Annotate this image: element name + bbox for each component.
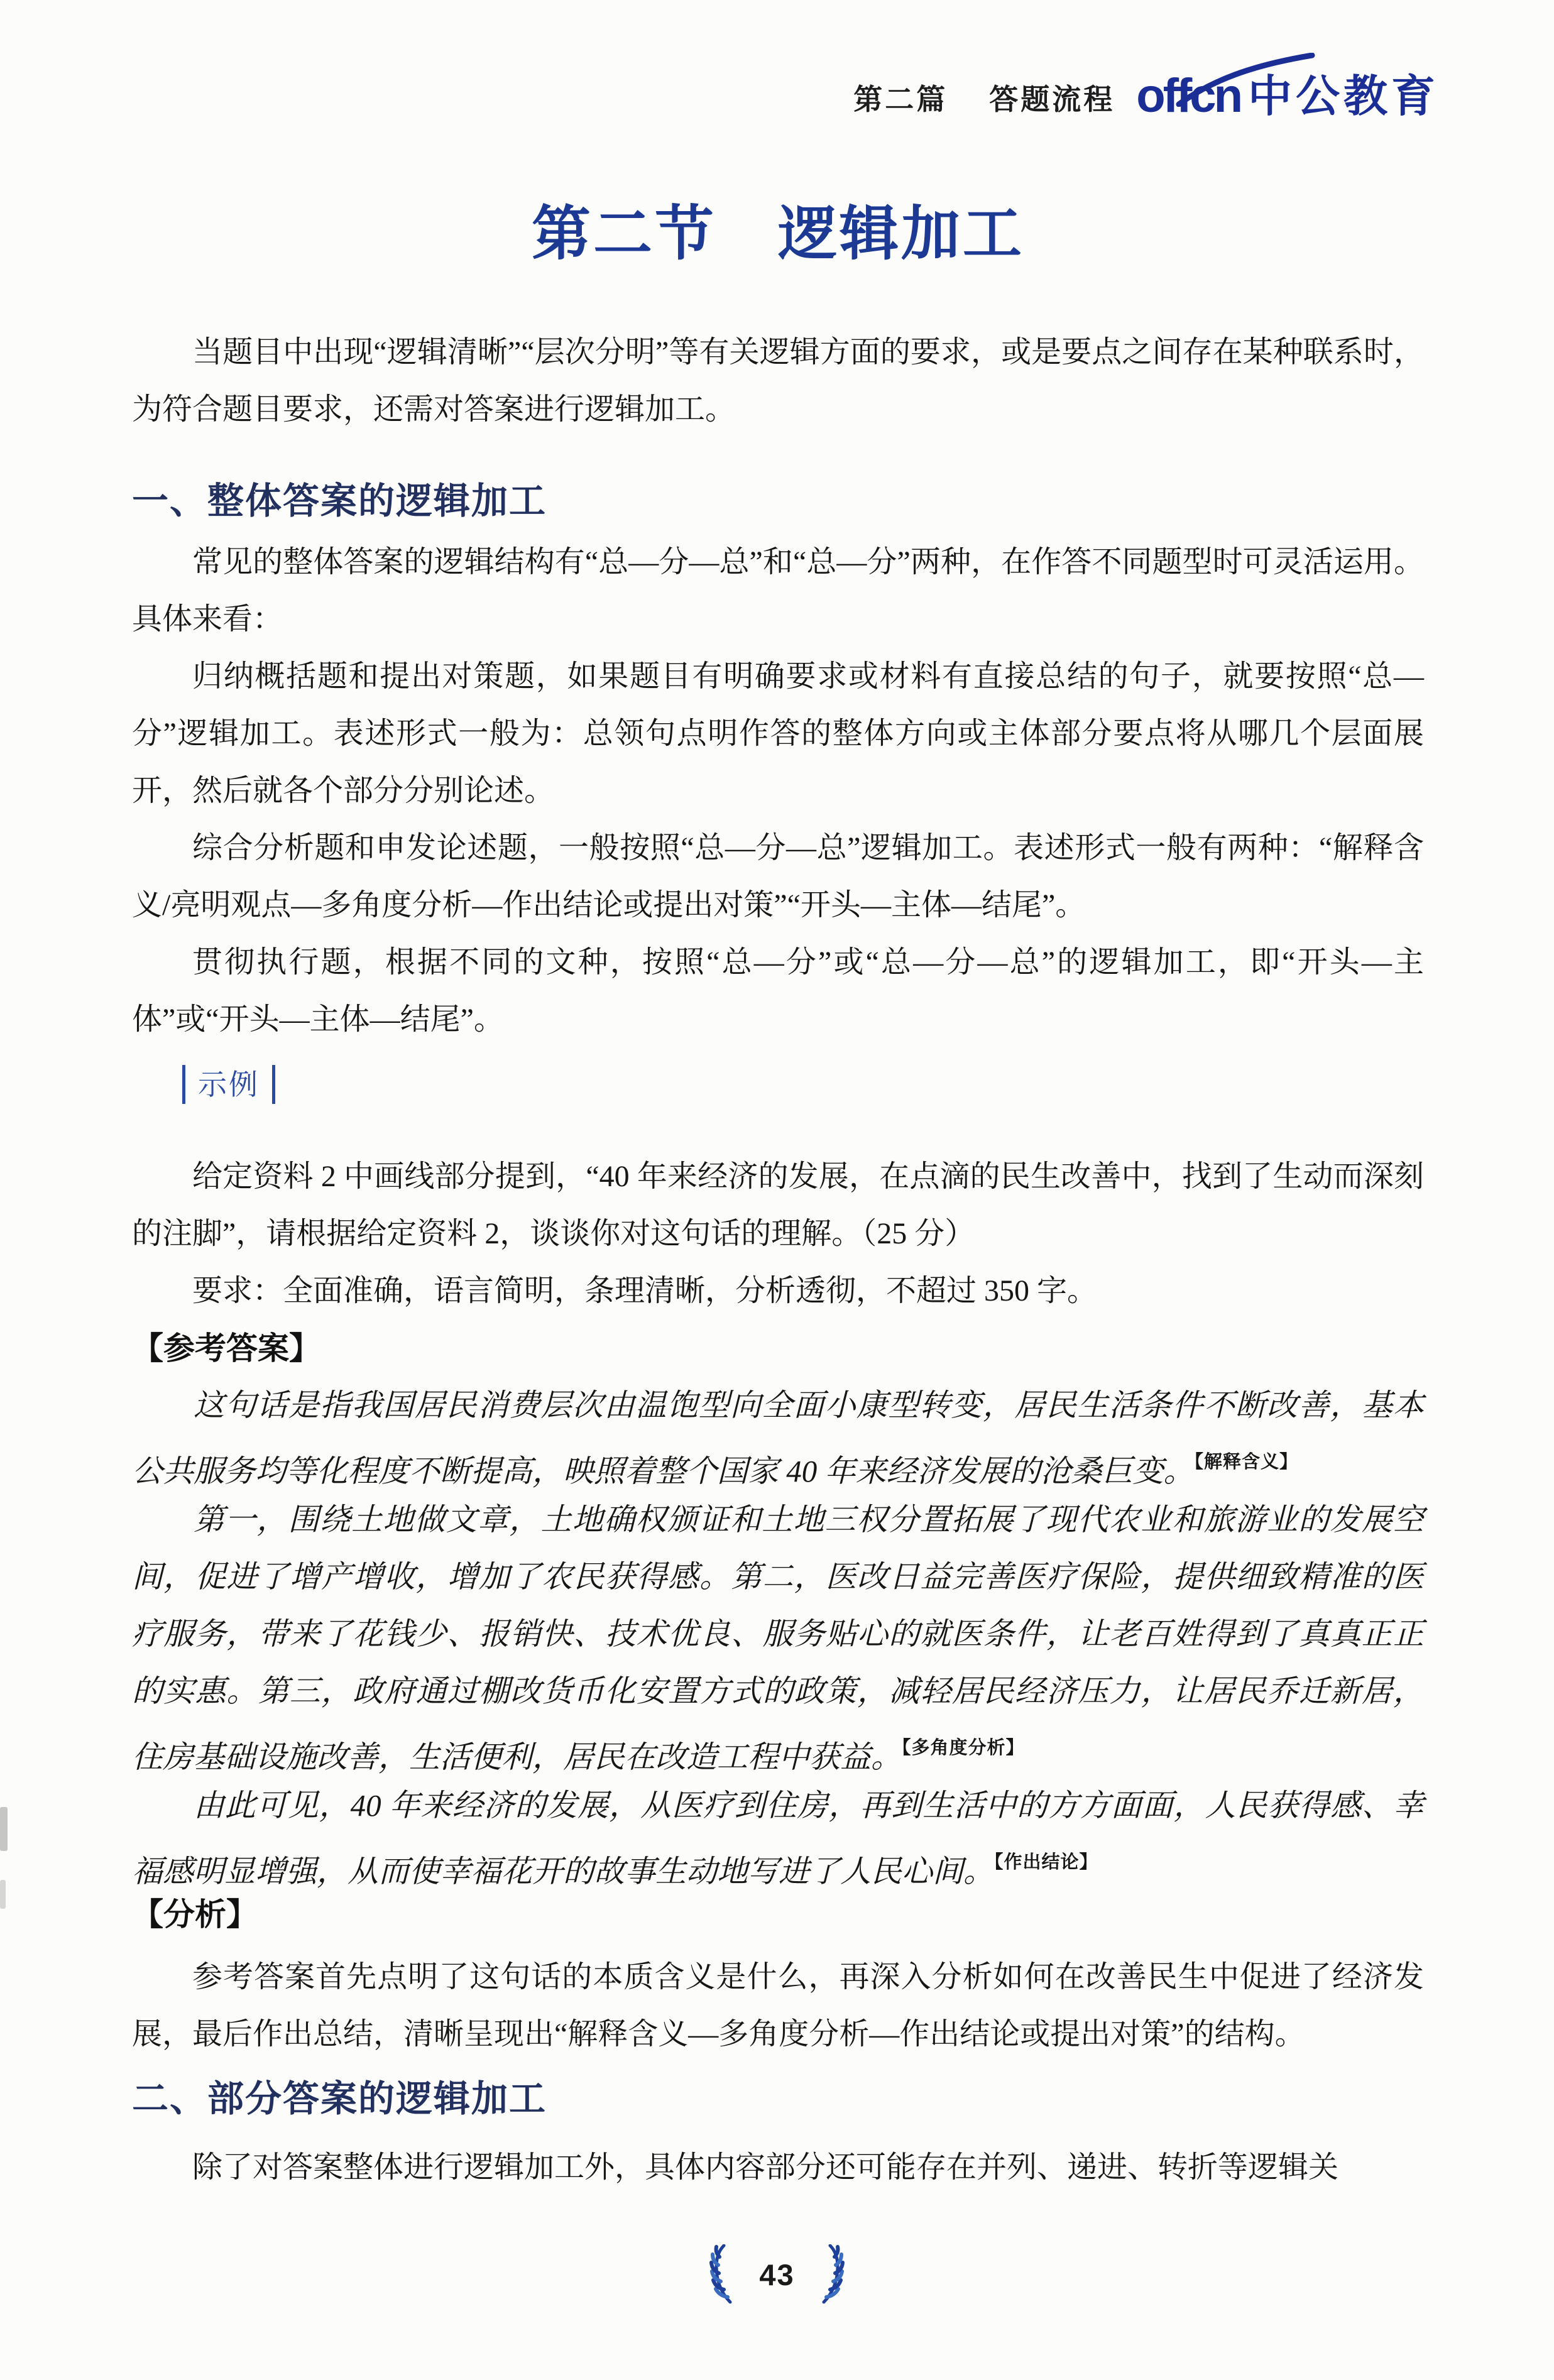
section1-paragraph: 归纳概括题和提出对策题，如果题目有明确要求或材料有直接总结的句子，就要按照“总—… bbox=[132, 648, 1424, 819]
logo-swoosh-icon bbox=[1157, 53, 1316, 107]
book-page: 第二篇 答题流程 offcn 中公教育 第二节 逻辑加工 当题目中出现“逻辑清晰… bbox=[0, 0, 1554, 2380]
example-requirement: 要求：全面准确，语言简明，条理清晰，分析透彻，不超过 350 字。 bbox=[132, 1262, 1424, 1319]
laurel-right-icon bbox=[818, 2244, 846, 2305]
example-label: 示例 bbox=[182, 1065, 275, 1104]
answer-tag-explain-meaning: 【解释含义】 bbox=[1195, 1452, 1299, 1472]
page-footer: 43 bbox=[0, 2244, 1554, 2305]
answer-tag-multi-angle-analysis: 【多角度分析】 bbox=[902, 1738, 1025, 1758]
answer-text: 这句话是指我国居民消费层次由温饱型向全面小康型转变，居民生活条件不断改善，基本公… bbox=[132, 1388, 1424, 1488]
answer-tag-draw-conclusion: 【作出结论】 bbox=[994, 1852, 1098, 1872]
section2-heading: 二、部分答案的逻辑加工 bbox=[132, 2077, 1424, 2122]
answer-paragraph: 这句话是指我国居民消费层次由温饱型向全面小康型转变，居民生活条件不断改善，基本公… bbox=[132, 1377, 1424, 1500]
example-question: 给定资料 2 中画线部分提到，“40 年来经济的发展，在点滴的民生改善中，找到了… bbox=[132, 1148, 1424, 1262]
answer-paragraph: 第一，围绕土地做文章，土地确权颁证和土地三权分置拓展了现代农业和旅游业的发展空间… bbox=[132, 1491, 1424, 1786]
answer-text: 由此可见，40 年来经济的发展，从医疗到住房，再到生活中的方方面面，人民获得感、… bbox=[132, 1788, 1424, 1889]
section2-paragraph: 除了对答案整体进行逻辑加工外，具体内容部分还可能存在并列、递进、转折等逻辑关 bbox=[132, 2139, 1424, 2196]
laurel-left-icon bbox=[708, 2244, 736, 2305]
running-header: 第二篇 答题流程 offcn 中公教育 bbox=[853, 73, 1439, 119]
analysis-paragraph: 参考答案首先点明了这句话的本质含义是什么，再深入分析如何在改善民生中促进了经济发… bbox=[132, 1948, 1424, 2063]
section1-paragraph: 综合分析题和申发论述题，一般按照“总—分—总”逻辑加工。表述形式一般有两种：“解… bbox=[132, 819, 1424, 934]
offcn-logo: offcn 中公教育 bbox=[1136, 73, 1439, 119]
analysis-label: 【分析】 bbox=[132, 1892, 1424, 1936]
offcn-logo-latin: offcn bbox=[1136, 74, 1240, 118]
section1-paragraph: 常见的整体答案的逻辑结构有“总—分—总”和“总—分”两种，在作答不同题型时可灵活… bbox=[132, 533, 1424, 648]
scan-artifact bbox=[0, 1807, 8, 1851]
answer-text: 第一，围绕土地做文章，土地确权颁证和土地三权分置拓展了现代农业和旅游业的发展空间… bbox=[132, 1502, 1424, 1774]
section1-heading: 一、整体答案的逻辑加工 bbox=[132, 479, 1424, 524]
reference-answer-label: 【参考答案】 bbox=[132, 1326, 1424, 1370]
intro-paragraph: 当题目中出现“逻辑清晰”“层次分明”等有关逻辑方面的要求，或是要点之间存在某种联… bbox=[132, 324, 1424, 438]
section1-paragraph: 贯彻执行题，根据不同的文种，按照“总—分”或“总—分—总”的逻辑加工，即“开头—… bbox=[132, 934, 1424, 1048]
scan-artifact bbox=[0, 1880, 6, 1909]
example-label-row: 示例 bbox=[132, 1065, 1424, 1104]
page-number: 43 bbox=[759, 2257, 794, 2292]
page-title: 第二节 逻辑加工 bbox=[132, 199, 1424, 269]
answer-paragraph: 由此可见，40 年来经济的发展，从医疗到住房，再到生活中的方方面面，人民获得感、… bbox=[132, 1777, 1424, 1900]
header-section-title: 答题流程 bbox=[989, 83, 1115, 116]
header-chapter: 第二篇 bbox=[853, 83, 948, 116]
